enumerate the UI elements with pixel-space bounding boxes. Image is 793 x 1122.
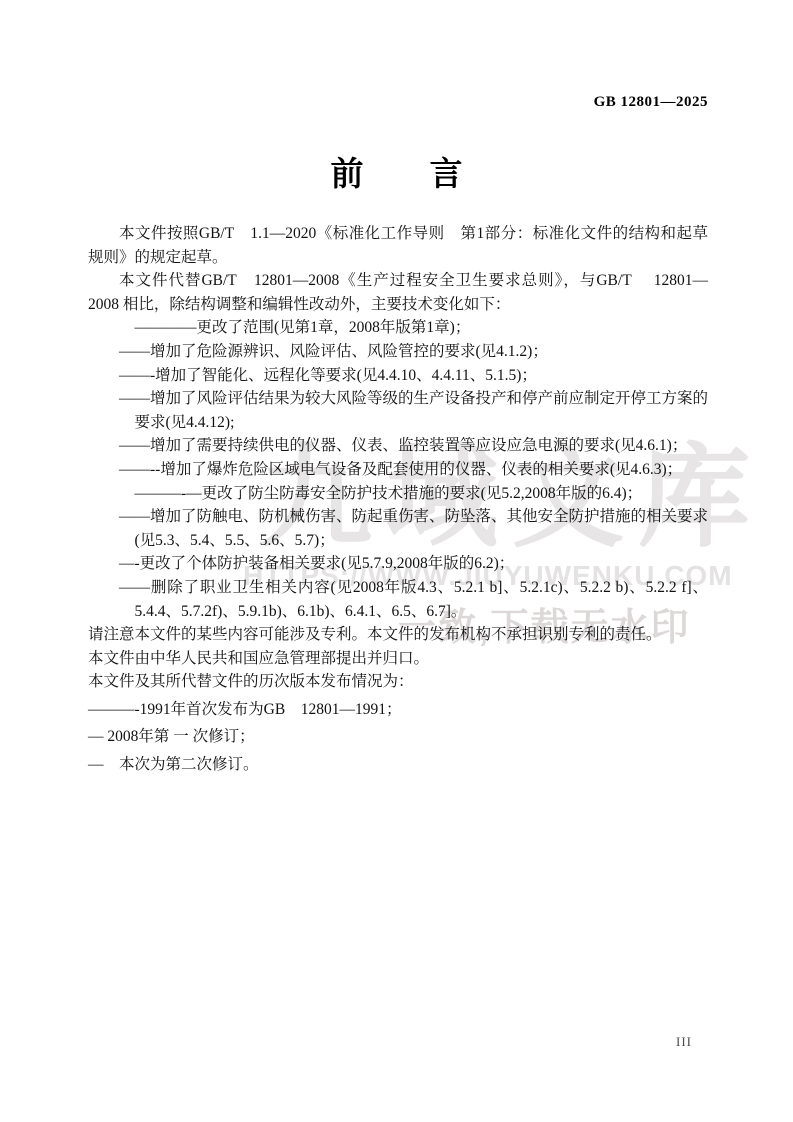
- page-title: 前 言: [0, 148, 793, 195]
- page-number: III: [676, 1034, 692, 1050]
- standard-number: GB 12801—2025: [594, 94, 708, 111]
- foreword-body: 本文件按照GB/T 1.1—2020《标准化工作导则 第1部分：标准化文件的结构…: [88, 222, 708, 777]
- change-item: ——--增加了爆炸危险区域电气设备及配套使用的仪器、仪表的相关要求(见4.6.3…: [88, 458, 708, 482]
- paragraph: 本文件按照GB/T 1.1—2020《标准化工作导则 第1部分：标准化文件的结构…: [88, 222, 708, 269]
- change-item: ——增加了防触电、防机械伤害、防起重伤害、防坠落、其他安全防护措施的相关要求(见…: [88, 505, 708, 552]
- change-item: ——增加了风险评估结果为较大风险等级的生产设备投产和停产前应制定开停工方案的要求…: [88, 387, 708, 434]
- history-item: — 本次为第二次修订。: [88, 753, 708, 777]
- paragraph: 本文件由中华人民共和国应急管理部提出并归口。: [88, 647, 708, 671]
- change-item: ——删除了职业卫生相关内容(见2008年版4.3、5.2.1 b]、5.2.1c…: [88, 576, 708, 623]
- paragraph: 本文件及其所代替文件的历次版本发布情况为：: [88, 670, 708, 694]
- change-item: ————更改了范围(见第1章，2008年版第1章)；: [88, 316, 708, 340]
- change-item: —-更改了个体防护装备相关要求(见5.7.9,2008年版的6.2)；: [88, 552, 708, 576]
- history-item: ———-1991年首次发布为GB 12801—1991；: [88, 698, 708, 722]
- paragraph: 请注意本文件的某些内容可能涉及专利。本文件的发布机构不承担识别专利的责任。: [88, 623, 708, 647]
- change-item: ———-—更改了防尘防毒安全防护技术措施的要求(见5.2,2008年版的6.4)…: [88, 482, 708, 506]
- change-item: ——增加了危险源辨识、风险评估、风险管控的要求(见4.1.2)；: [88, 340, 708, 364]
- history-item: — 2008年第 一 次修订；: [88, 725, 708, 749]
- page-content: GB 12801—2025 前 言 本文件按照GB/T 1.1—2020《标准化…: [0, 0, 793, 1122]
- change-item: ——增加了需要持续供电的仪器、仪表、监控装置等应设应急电源的要求(见4.6.1)…: [88, 434, 708, 458]
- change-item: ——-增加了智能化、远程化等要求(见4.4.10、4.4.11、5.1.5)；: [88, 364, 708, 388]
- paragraph: 本文件代替GB/T 12801—2008《生产过程安全卫生要求总则》，与GB/T…: [88, 269, 708, 316]
- document-page: 九域文库 HTTPS://WWW.JIUYUWENKU.COM 一致,下载无水印…: [0, 0, 793, 1122]
